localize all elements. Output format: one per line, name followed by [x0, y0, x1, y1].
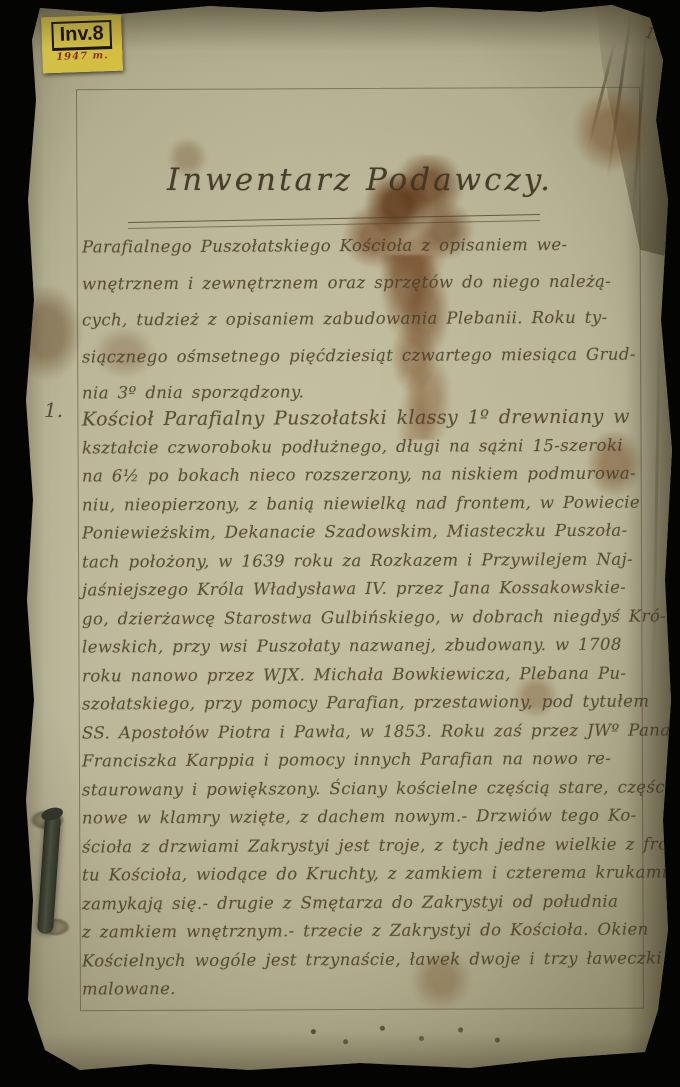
manuscript-line: staurowany i powiększony. Ściany kościel… [82, 773, 648, 804]
page-number: 1. [643, 22, 662, 44]
edge-stain [22, 285, 82, 380]
manuscript-line: nowe w klamry wzięte, z dachem nowym.- D… [82, 802, 648, 833]
document-title-wrap: Inwentarz Podawczy. [80, 162, 640, 198]
inventory-number: Inv.8 [51, 20, 112, 51]
manuscript-line: roku nanowo przez WJX. Michała Bowkiewic… [82, 659, 648, 690]
intro-paragraph: Parafialnego Puszołatskiego Kościoła z o… [82, 228, 644, 411]
manuscript-line: lewskich, przy wsi Puszołaty nazwanej, z… [82, 631, 648, 662]
manuscript-page: Inv.8 1947 m. 1. Inwentarz Podawczy. Par… [0, 0, 680, 1087]
manuscript-line: zamykają się.- drugie z Smętarza do Zakr… [82, 887, 648, 918]
manuscript-line: Parafialnego Puszołatskiego Kościoła z o… [82, 227, 644, 266]
manuscript-line: go, dzierżawcę Starostwa Gulbińskiego, w… [82, 602, 648, 633]
document-title: Inwentarz Podawczy. [167, 162, 553, 198]
body-paragraph: Kościoł Parafialny Puszołatski klassy 1º… [82, 404, 648, 1003]
manuscript-line: jaśniejszego Króla Władysława IV. przez … [82, 574, 648, 605]
manuscript-line: ścioła z drzwiami Zakrystyi jest troje, … [82, 830, 648, 861]
manuscript-line: Franciszka Karppia i pomocy innych Paraf… [82, 745, 648, 776]
scan-background: Inv.8 1947 m. 1. Inwentarz Podawczy. Par… [0, 0, 680, 1087]
manuscript-line: tach położony, w 1639 roku za Rozkazem i… [82, 545, 648, 576]
margin-item-number: 1. [44, 398, 63, 422]
manuscript-line: malowane. [82, 973, 648, 1004]
inventory-label: Inv.8 1947 m. [41, 15, 123, 74]
paper-crease [652, 300, 662, 700]
manuscript-line: kształcie czworoboku podłużnego, długi n… [82, 431, 648, 462]
manuscript-line: Poniewieżskim, Dekanacie Szadowskim, Mia… [82, 517, 648, 548]
manuscript-line: wnętrznem i zewnętrznem oraz sprzętów do… [82, 263, 644, 302]
manuscript-line: niu, nieopierzony, z banią niewielką nad… [82, 488, 648, 519]
manuscript-line: siącznego ośmsetnego pięćdziesiąt czwart… [82, 336, 644, 375]
manuscript-line: z zamkiem wnętrznym.- trzecie z Zakrysty… [82, 916, 648, 947]
manuscript-line: na 6½ po bokach nieco rozszerzony, na ni… [82, 460, 648, 491]
speckle-stains [295, 1018, 525, 1052]
manuscript-line: szołatskiego, przy pomocy Parafian, prze… [82, 688, 648, 719]
binding-cord [37, 814, 61, 935]
manuscript-line: SS. Apostołów Piotra i Pawła, w 1853. Ro… [82, 716, 648, 747]
manuscript-line: tu Kościoła, wiodące do Kruchty, z zamki… [82, 859, 648, 890]
manuscript-line: cych, tudzież z opisaniem zabudowania Pl… [82, 300, 644, 339]
manuscript-line: Kościoł Parafialny Puszołatski klassy 1º… [82, 403, 648, 434]
inventory-year-note: 1947 m. [42, 50, 122, 64]
manuscript-line: Kościelnych wogóle jest trzynaście, ławe… [82, 944, 648, 975]
